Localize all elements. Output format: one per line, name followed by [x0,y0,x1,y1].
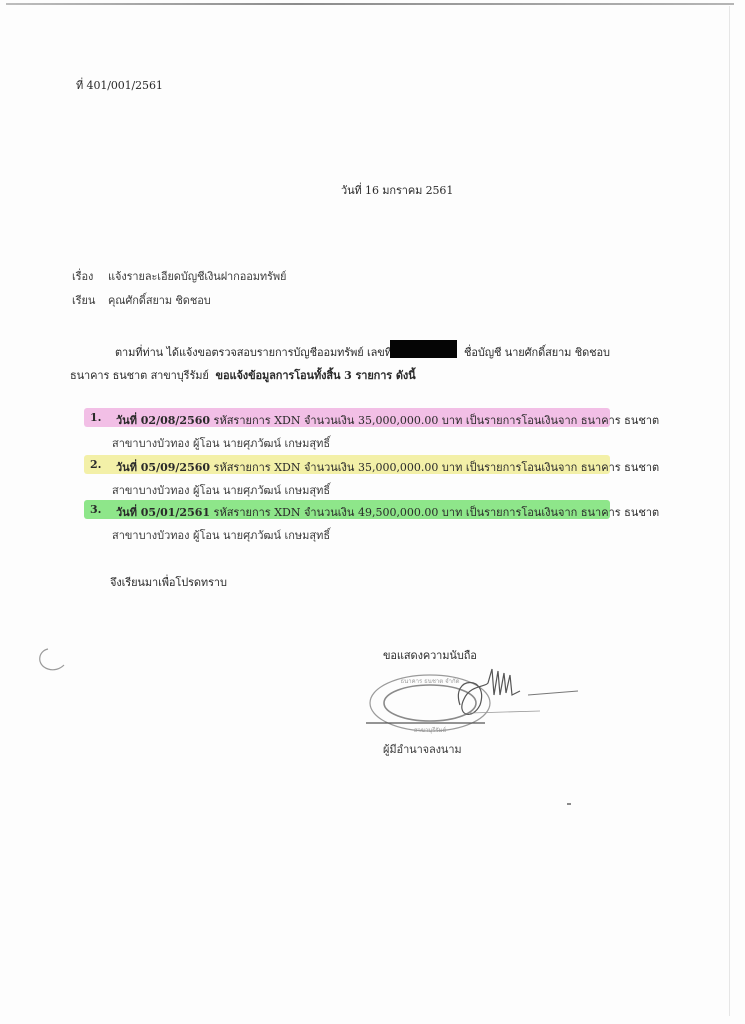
svg-text:สาขาบุรีรัมย์: สาขาบุรีรัมย์ [414,726,446,734]
item-branch-line: สาขาบางบัวทอง ผู้โอน นายศุภวัฒน์ เกษมสุท… [112,481,330,499]
intro-line2: ธนาคาร ธนชาต สาขาบุรีรัมย์ ขอแจ้งข้อมูลก… [70,366,416,384]
subject-label: เรื่อง [72,267,93,285]
intro-text-part2: ชื่อบัญชี นายศักดิ์สยาม ชิดชอบ [464,343,610,361]
item-branch-line: สาขาบางบัวทอง ผู้โอน นายศุภวัฒน์ เกษมสุท… [112,526,330,544]
regards-text: ขอแสดงความนับถือ [383,646,477,664]
recipient-name: คุณศักดิ์สยาม ชิดชอบ [108,291,211,309]
item-code-amount: รหัสรายการ XDN จำนวนเงิน 35,000,000.00 บ… [214,461,660,474]
scan-top-edge [6,3,734,5]
signer-title: ผู้มีอำนาจลงนาม [383,740,462,758]
item-number: 3. [90,503,101,516]
closing-text: จึงเรียนมาเพื่อโปรดทราบ [110,573,227,591]
item-details: วันที่ 05/09/2560 รหัสรายการ XDN จำนวนเง… [116,458,659,476]
recipient-label: เรียน [72,291,95,309]
item-code-amount: รหัสรายการ XDN จำนวนเงิน 35,000,000.00 บ… [214,414,660,427]
intro-text-part1: ตามที่ท่าน ได้แจ้งขอตรวจสอบรายการบัญชีออ… [115,343,392,361]
transfer-count-text: ขอแจ้งข้อมูลการโอนทั้งสิ้น 3 รายการ ดังน… [216,369,416,382]
subject-text: แจ้งรายละเอียดบัญชีเงินฝากออมทรัพย์ [108,267,286,285]
item-number: 2. [90,458,101,471]
item-date: วันที่ 05/01/2561 [116,506,210,519]
item-date: วันที่ 02/08/2560 [116,414,210,427]
svg-text:ธนาคาร ธนชาต จำกัด: ธนาคาร ธนชาต จำกัด [400,678,459,685]
redacted-account-number [390,340,457,358]
punch-hole-mark-icon [34,645,70,675]
document-date: วันที่ 16 มกราคม 2561 [341,181,453,199]
item-details: วันที่ 05/01/2561 รหัสรายการ XDN จำนวนเง… [116,503,659,521]
bank-stamp-signature-icon: ธนาคาร ธนชาต จำกัด สาขาบุรีรัมย์ [360,665,600,745]
item-branch-line: สาขาบางบัวทอง ผู้โอน นายศุภวัฒน์ เกษมสุท… [112,434,330,452]
document-number: ที่ 401/001/2561 [76,76,163,94]
item-code-amount: รหัสรายการ XDN จำนวนเงิน 49,500,000.00 บ… [214,506,660,519]
item-details: วันที่ 02/08/2560 รหัสรายการ XDN จำนวนเง… [116,411,659,429]
item-date: วันที่ 05/09/2560 [116,461,210,474]
scan-speck [567,803,571,805]
scanned-letter-page: ที่ 401/001/2561 วันที่ 16 มกราคม 2561 เ… [0,0,745,1024]
scan-right-edge [729,6,730,1016]
bank-branch-text: ธนาคาร ธนชาต สาขาบุรีรัมย์ [70,369,209,382]
item-number: 1. [90,411,101,424]
